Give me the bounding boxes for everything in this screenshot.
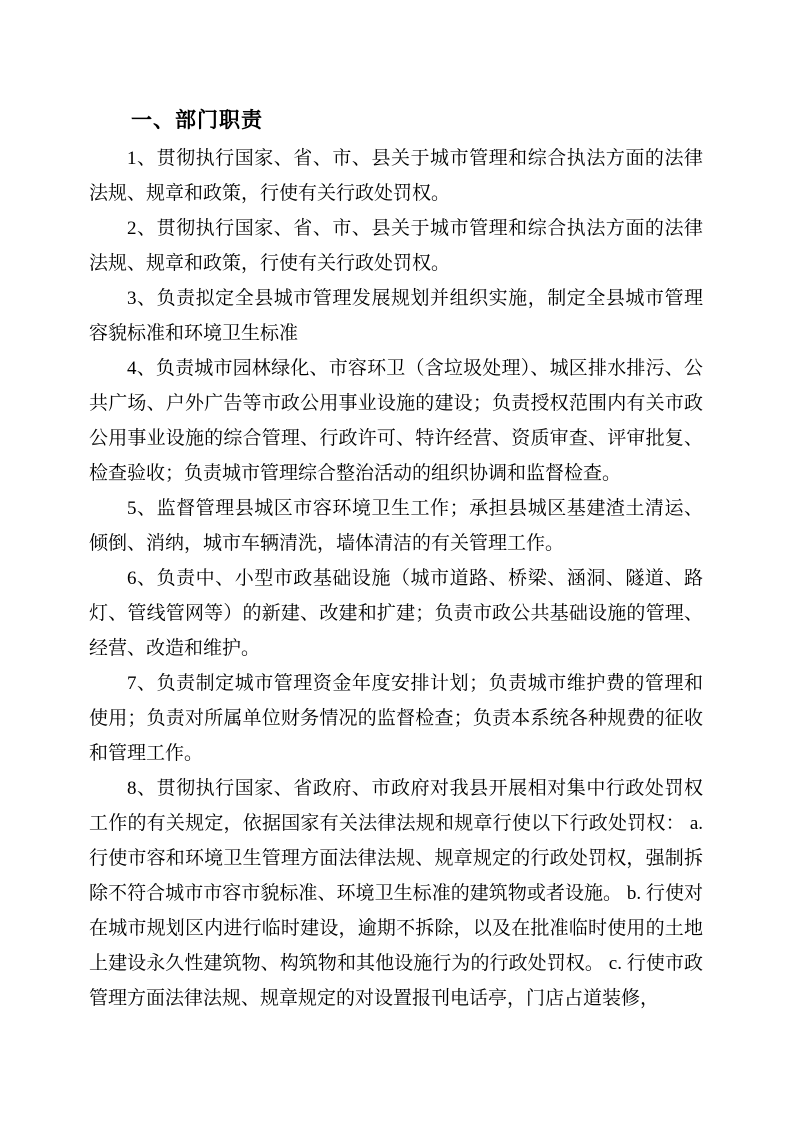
paragraph-1: 1、贯彻执行国家、省、市、县关于城市管理和综合执法方面的法律法规、规章和政策，行… [89,141,703,211]
document-page: 一、部门职责 1、贯彻执行国家、省、市、县关于城市管理和综合执法方面的法律法规、… [0,0,793,1122]
paragraph-6: 6、负责中、小型市政基础设施（城市道路、桥梁、涵洞、隧道、路灯、管线管网等）的新… [89,561,703,666]
paragraph-7: 7、负责制定城市管理资金年度安排计划；负责城市维护费的管理和使用；负责对所属单位… [89,666,703,771]
paragraph-5: 5、监督管理县城区市容环境卫生工作；承担县城区基建渣土清运、倾倒、消纳，城市车辆… [89,491,703,561]
section-heading: 一、部门职责 [89,103,703,138]
paragraph-8: 8、贯彻执行国家、省政府、市政府对我县开展相对集中行政处罚权工作的有关规定，依据… [89,771,703,1016]
document-content: 一、部门职责 1、贯彻执行国家、省、市、县关于城市管理和综合执法方面的法律法规、… [0,0,793,1016]
paragraph-4: 4、负责城市园林绿化、市容环卫（含垃圾处理）、城区排水排污、公共广场、户外广告等… [89,351,703,491]
paragraph-3: 3、负责拟定全县城市管理发展规划并组织实施，制定全县城市管理容貌标准和环境卫生标… [89,281,703,351]
paragraph-2: 2、贯彻执行国家、省、市、县关于城市管理和综合执法方面的法律法规、规章和政策，行… [89,211,703,281]
